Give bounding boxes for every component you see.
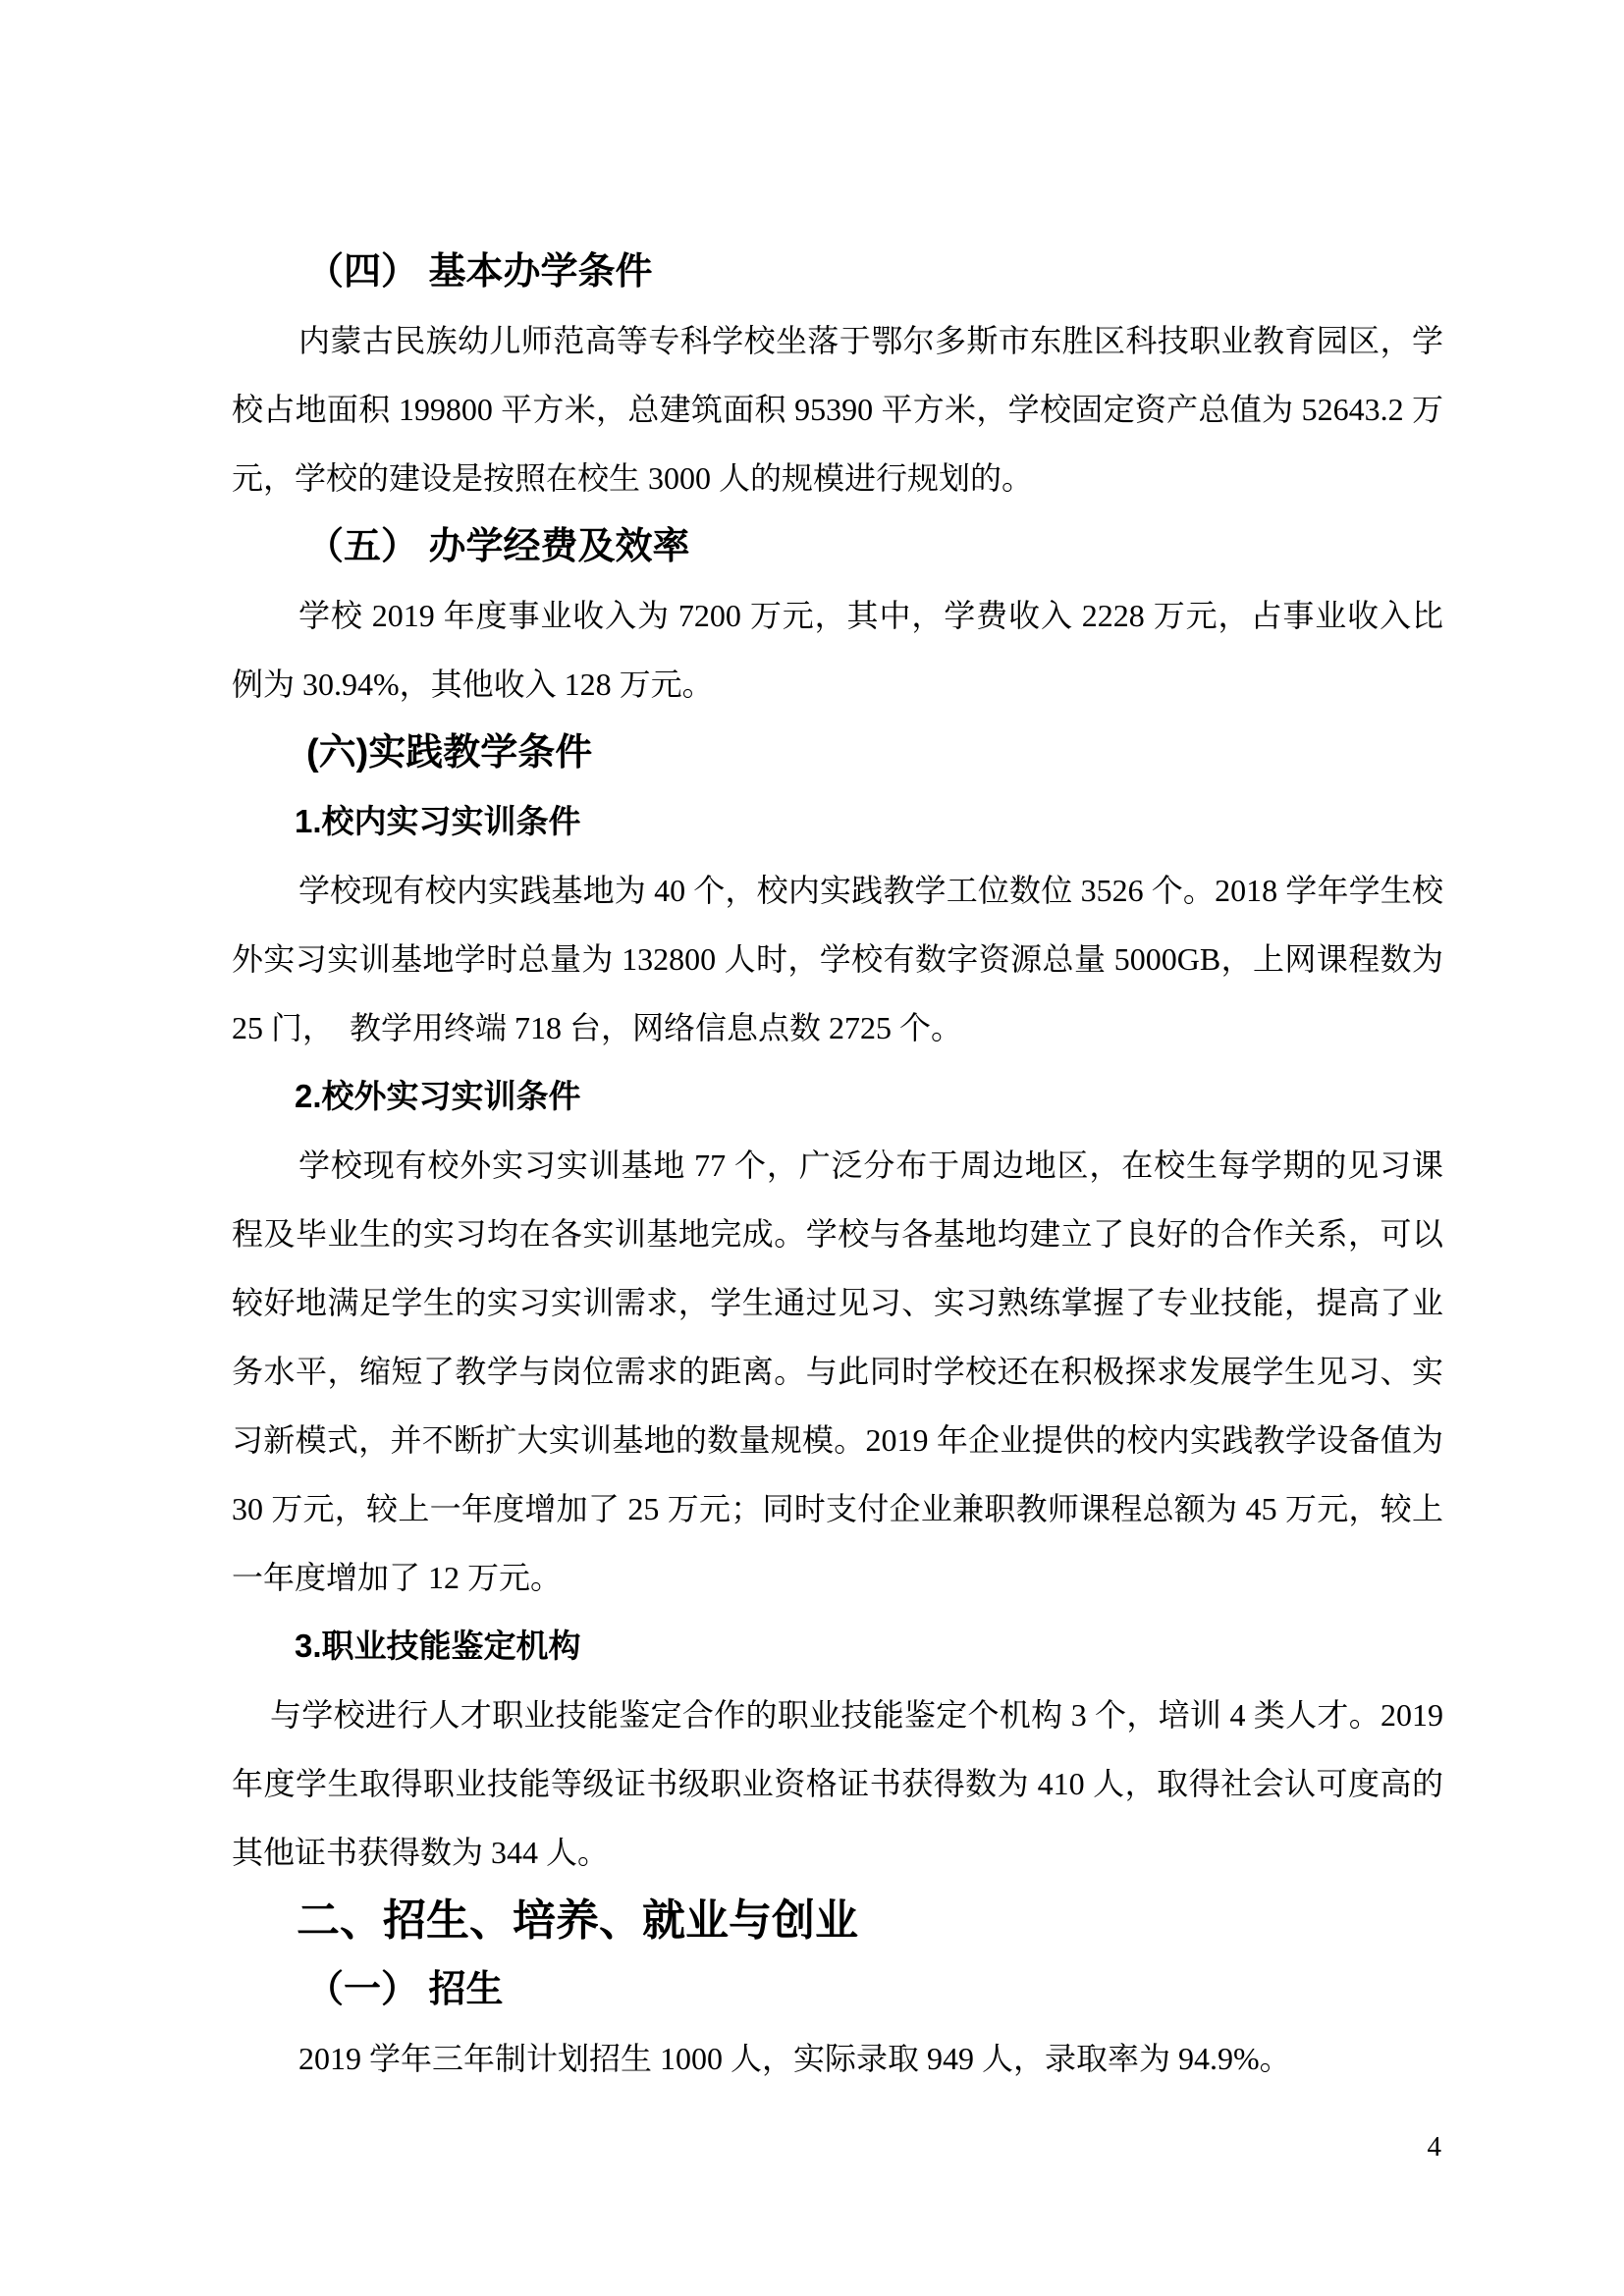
paragraph-enrollment-stats: 2019 学年三年制计划招生 1000 人，实际录取 949 人，录取率为 94… — [232, 2024, 1443, 2093]
paragraph-off-campus-training-details: 学校现有校外实习实训基地 77 个，广泛分布于周边地区，在校生每学期的见习课程及… — [232, 1131, 1443, 1612]
heading-practical-teaching-conditions: (六)实践教学条件 — [232, 719, 1443, 787]
subheading-on-campus-training-conditions: 1.校内实习实训条件 — [232, 787, 1443, 856]
document-content: （四） 基本办学条件 内蒙古民族幼儿师范高等专科学校坐落于鄂尔多斯市东胜区科技职… — [232, 238, 1443, 2093]
heading-enrollment: （一） 招生 — [232, 1955, 1443, 2024]
paragraph-on-campus-training-stats: 学校现有校内实践基地为 40 个，校内实践教学工位数位 3526 个。2018 … — [232, 856, 1443, 1062]
heading-funding-and-efficiency: （五） 办学经费及效率 — [232, 512, 1443, 581]
heading-enrollment-training-employment: 二、招生、培养、就业与创业 — [232, 1887, 1443, 1955]
document-page: （四） 基本办学条件 内蒙古民族幼儿师范高等专科学校坐落于鄂尔多斯市东胜区科技职… — [0, 0, 1624, 2296]
paragraph-vocational-skill-appraisal-stats: 与学校进行人才职业技能鉴定合作的职业技能鉴定个机构 3 个，培训 4 类人才。2… — [232, 1681, 1443, 1887]
paragraph-income-details: 学校 2019 年度事业收入为 7200 万元，其中，学费收入 2228 万元，… — [232, 581, 1443, 719]
subheading-off-campus-training-conditions: 2.校外实习实训条件 — [232, 1062, 1443, 1131]
heading-basic-school-conditions: （四） 基本办学条件 — [232, 238, 1443, 306]
page-number: 4 — [1428, 2112, 1442, 2181]
paragraph-school-location-area: 内蒙古民族幼儿师范高等专科学校坐落于鄂尔多斯市东胜区科技职业教育园区，学校占地面… — [232, 306, 1443, 512]
subheading-vocational-skill-appraisal: 3.职业技能鉴定机构 — [232, 1612, 1443, 1681]
